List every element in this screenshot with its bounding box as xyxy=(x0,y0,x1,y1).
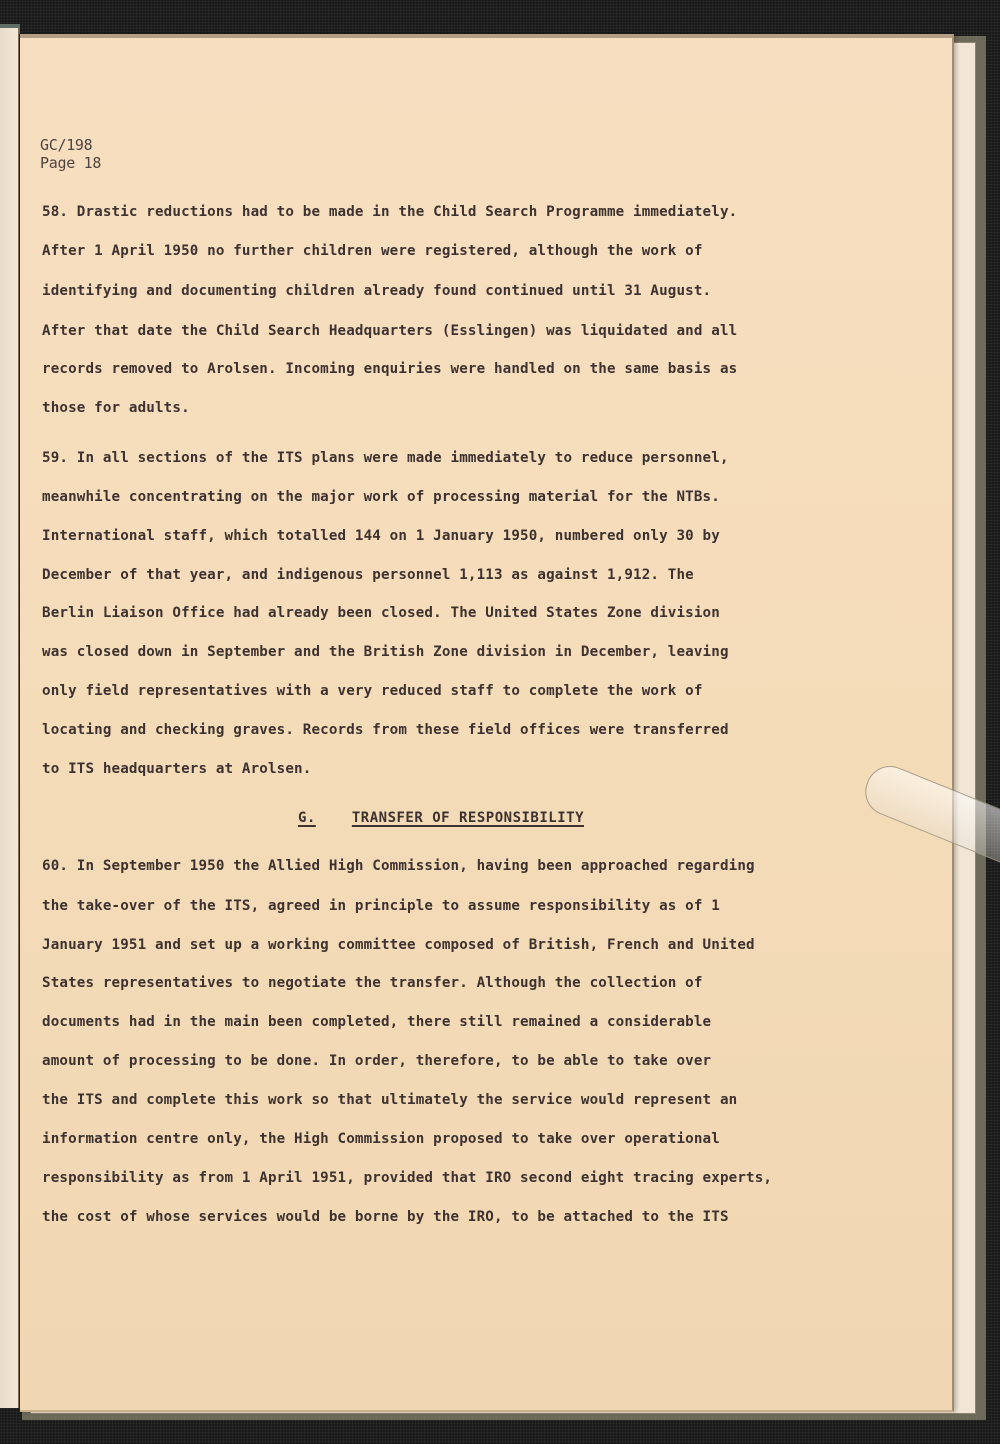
section-heading: G.TRANSFER OF RESPONSIBILITY xyxy=(298,810,584,826)
paragraph-60-line: information centre only, the High Commis… xyxy=(42,1131,720,1147)
document-reference: GC/198 xyxy=(40,136,101,154)
paragraph-60-line: amount of processing to be done. In orde… xyxy=(42,1053,711,1069)
paragraph-60-line: the ITS and complete this work so that u… xyxy=(42,1092,737,1108)
paragraph-60-line: January 1951 and set up a working commit… xyxy=(42,937,755,953)
paragraph-60-line: documents had in the main been completed… xyxy=(42,1014,711,1030)
paragraph-58-line: After 1 April 1950 no further children w… xyxy=(42,243,703,259)
paragraph-59-line: was closed down in September and the Bri… xyxy=(42,644,729,660)
paragraph-60-line: the cost of whose services would be born… xyxy=(42,1209,729,1225)
document-page: GC/198 Page 18 58. Drastic reductions ha… xyxy=(20,34,954,1412)
paragraph-59-line: locating and checking graves. Records fr… xyxy=(42,722,729,738)
paragraph-59-line: to ITS headquarters at Arolsen. xyxy=(42,761,311,777)
section-letter: G. xyxy=(298,810,316,826)
paragraph-60-line: responsibility as from 1 April 1951, pro… xyxy=(42,1170,772,1186)
paragraph-58-line: 58. Drastic reductions had to be made in… xyxy=(42,204,737,220)
paragraph-60-line: 60. In September 1950 the Allied High Co… xyxy=(42,858,755,874)
typed-text: GC/198 Page 18 58. Drastic reductions ha… xyxy=(20,38,952,1410)
paragraph-58-line: After that date the Child Search Headqua… xyxy=(42,323,737,339)
paragraph-59-line: only field representatives with a very r… xyxy=(42,683,703,699)
paragraph-59-line: 59. In all sections of the ITS plans wer… xyxy=(42,450,729,466)
previous-page-edge xyxy=(0,28,19,1408)
paragraph-58-line: those for adults. xyxy=(42,400,190,416)
paragraph-59-line: International staff, which totalled 144 … xyxy=(42,528,720,544)
paragraph-58-line: identifying and documenting children alr… xyxy=(42,283,711,299)
paragraph-59-line: meanwhile concentrating on the major wor… xyxy=(42,489,720,505)
page-number: Page 18 xyxy=(40,154,101,172)
paragraph-60-line: States representatives to negotiate the … xyxy=(42,975,703,991)
paragraph-60-line: the take-over of the ITS, agreed in prin… xyxy=(42,898,720,914)
document-header: GC/198 Page 18 xyxy=(40,136,101,172)
section-title: TRANSFER OF RESPONSIBILITY xyxy=(352,810,584,826)
paragraph-58-line: records removed to Arolsen. Incoming enq… xyxy=(42,361,737,377)
paragraph-59-line: December of that year, and indigenous pe… xyxy=(42,567,694,583)
paragraph-59-line: Berlin Liaison Office had already been c… xyxy=(42,605,720,621)
